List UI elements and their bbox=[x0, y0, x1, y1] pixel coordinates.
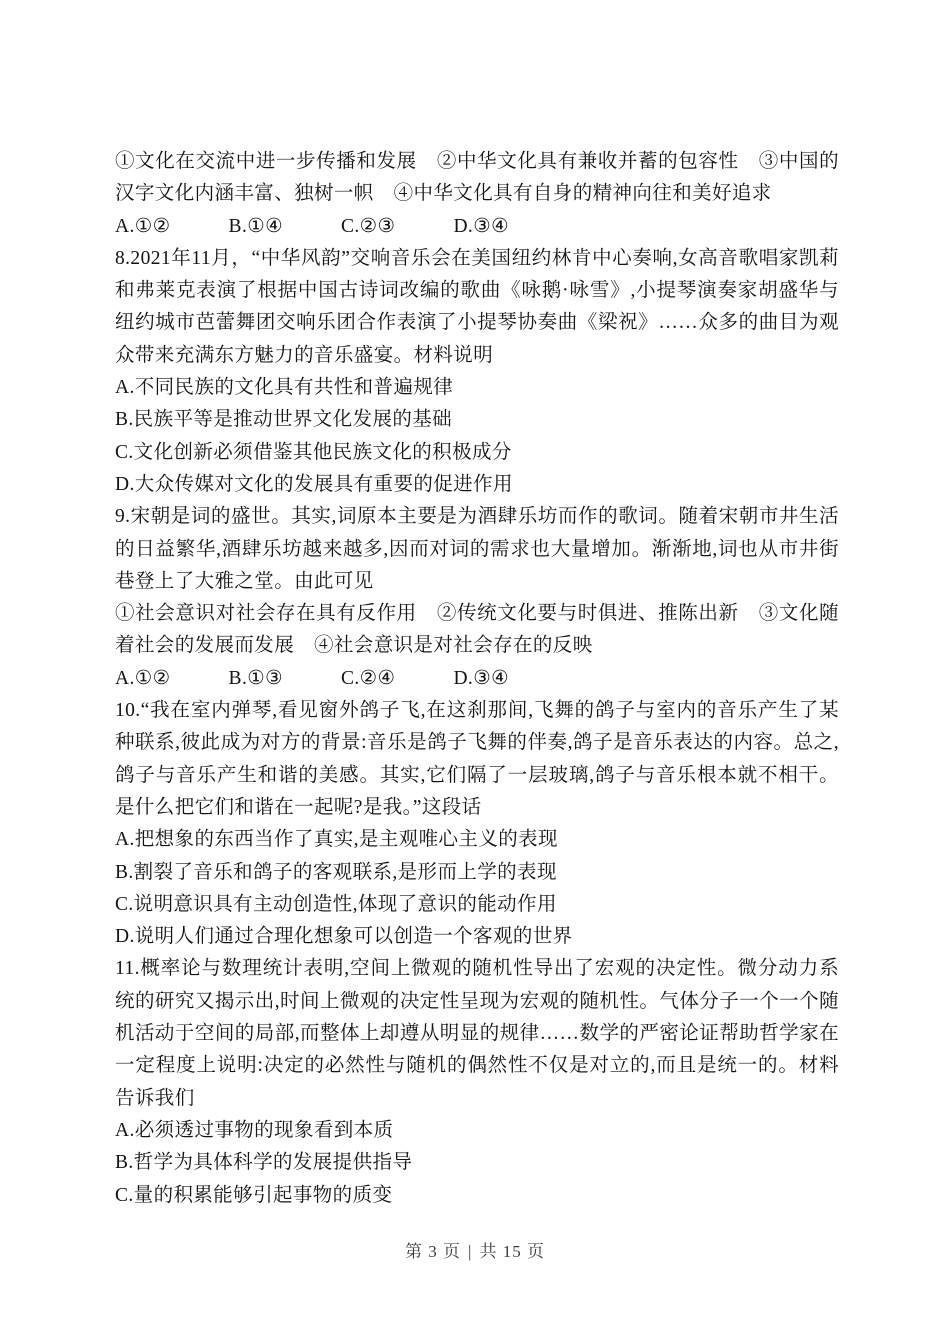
choice-row: A.①② B.①④ C.②③ D.③④ bbox=[115, 211, 839, 243]
footer-total-pages: 共 15 页 bbox=[479, 1242, 545, 1261]
question-stem: 11.概率论与数理统计表明,空间上微观的随机性导出了宏观的决定性。微分动力系统的… bbox=[115, 953, 839, 1114]
choice-c: C.②③ bbox=[341, 211, 395, 243]
option-line-d: D.说明人们通过合理化想象可以创造一个客观的世界 bbox=[115, 921, 839, 953]
question-7-continued: ①文化在交流中进一步传播和发展 ②中华文化具有兼收并蓄的包容性 ③中国的汉字文化… bbox=[115, 146, 839, 243]
question-9: 9.宋朝是词的盛世。其实,词原本主要是为酒肆乐坊而作的歌词。随着宋朝市井生活的日… bbox=[115, 501, 839, 695]
option-line-a: A.必须透过事物的现象看到本质 bbox=[115, 1115, 839, 1147]
option-line-c: C.说明意识具有主动创造性,体现了意识的能动作用 bbox=[115, 889, 839, 921]
document-page: ①文化在交流中进一步传播和发展 ②中华文化具有兼收并蓄的包容性 ③中国的汉字文化… bbox=[0, 0, 950, 1344]
choice-c: C.②④ bbox=[341, 663, 395, 695]
choice-a: A.①② bbox=[115, 211, 171, 243]
question-11: 11.概率论与数理统计表明,空间上微观的随机性导出了宏观的决定性。微分动力系统的… bbox=[115, 953, 839, 1211]
option-line-c: C.量的积累能够引起事物的质变 bbox=[115, 1180, 839, 1212]
question-10: 10.“我在室内弹琴,看见窗外鸽子飞,在这刹那间,飞舞的鸽子与室内的音乐产生了某… bbox=[115, 695, 839, 953]
page-footer: 第 3 页|共 15 页 bbox=[0, 1241, 950, 1262]
choice-row: A.①② B.①③ C.②④ D.③④ bbox=[115, 663, 839, 695]
question-stem: 8.2021年11月，“中华风韵”交响音乐会在美国纽约林肯中心奏响,女高音歌唱家… bbox=[115, 243, 839, 372]
question-statements: ①文化在交流中进一步传播和发展 ②中华文化具有兼收并蓄的包容性 ③中国的汉字文化… bbox=[115, 146, 839, 211]
option-line-a: A.把想象的东西当作了真实,是主观唯心主义的表现 bbox=[115, 824, 839, 856]
option-line-b: B.哲学为具体科学的发展提供指导 bbox=[115, 1147, 839, 1179]
choice-a: A.①② bbox=[115, 663, 171, 695]
choice-b: B.①③ bbox=[229, 663, 283, 695]
option-line-d: D.大众传媒对文化的发展具有重要的促进作用 bbox=[115, 469, 839, 501]
choice-d: D.③④ bbox=[453, 663, 509, 695]
footer-separator: | bbox=[468, 1242, 472, 1261]
question-stem: 10.“我在室内弹琴,看见窗外鸽子飞,在这刹那间,飞舞的鸽子与室内的音乐产生了某… bbox=[115, 695, 839, 824]
question-8: 8.2021年11月，“中华风韵”交响音乐会在美国纽约林肯中心奏响,女高音歌唱家… bbox=[115, 243, 839, 501]
choice-b: B.①④ bbox=[229, 211, 283, 243]
option-line-a: A.不同民族的文化具有共性和普遍规律 bbox=[115, 372, 839, 404]
option-line-c: C.文化创新必须借鉴其他民族文化的积极成分 bbox=[115, 437, 839, 469]
choice-d: D.③④ bbox=[453, 211, 509, 243]
footer-page-number: 第 3 页 bbox=[405, 1242, 461, 1261]
option-line-b: B.民族平等是推动世界文化发展的基础 bbox=[115, 404, 839, 436]
question-statements: ①社会意识对社会存在具有反作用 ②传统文化要与时俱进、推陈出新 ③文化随着社会的… bbox=[115, 598, 839, 663]
option-line-b: B.割裂了音乐和鸽子的客观联系,是形而上学的表现 bbox=[115, 857, 839, 889]
question-stem: 9.宋朝是词的盛世。其实,词原本主要是为酒肆乐坊而作的歌词。随着宋朝市井生活的日… bbox=[115, 501, 839, 598]
exam-content: ①文化在交流中进一步传播和发展 ②中华文化具有兼收并蓄的包容性 ③中国的汉字文化… bbox=[115, 146, 839, 1212]
